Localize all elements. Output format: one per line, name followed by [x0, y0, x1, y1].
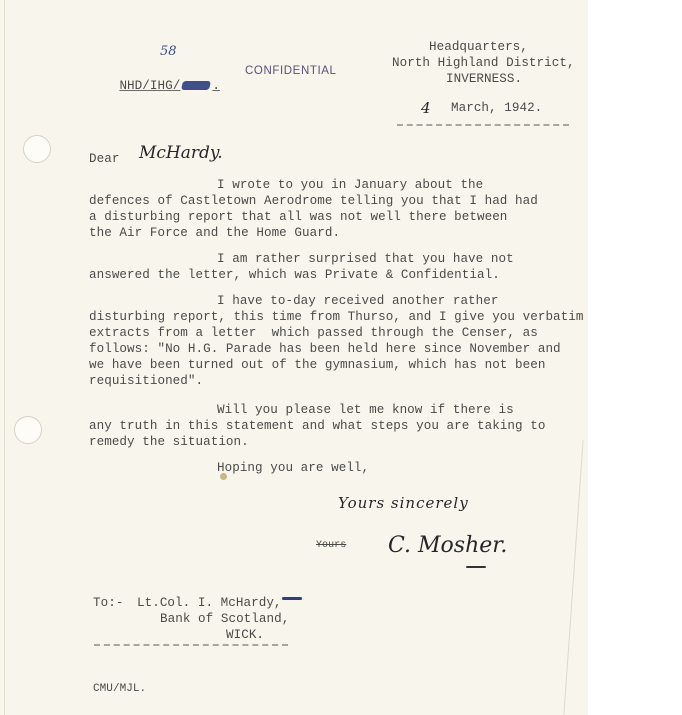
typist-reference: CMU/MJL.	[93, 681, 146, 697]
body-line: I am rather surprised that you have not	[217, 251, 514, 267]
file-reference: NHD/IHG/.	[89, 62, 220, 111]
body-line: the Air Force and the Home Guard.	[89, 225, 340, 241]
recipient-line-2: Bank of Scotland,	[160, 611, 289, 627]
recipient-rule	[94, 644, 288, 646]
handwritten-closing: Yours sincerely	[338, 494, 469, 512]
recipient-line-3: WICK.	[226, 627, 264, 643]
handwritten-recipient-name: McHardy.	[139, 143, 223, 163]
body-line: follows: "No H.G. Parade has been held h…	[89, 341, 561, 357]
reference-prefix: NHD/IHG/	[119, 79, 180, 93]
confidential-stamp: CONFIDENTIAL	[245, 65, 337, 77]
address-line-3: INVERNESS.	[446, 71, 522, 87]
date-typed: March, 1942.	[451, 100, 542, 116]
body-line: we have been turned out of the gymnasium…	[89, 357, 545, 373]
handwritten-reference-number: 58	[160, 44, 177, 59]
closing-wish: Hoping you are well,	[217, 460, 369, 476]
body-line: remedy the situation.	[89, 434, 249, 450]
address-line-2: North Highland District,	[392, 55, 575, 71]
body-line: requisitioned".	[89, 373, 203, 389]
ink-smudge	[220, 473, 227, 480]
letter-page: NHD/IHG/. 58 CONFIDENTIAL Headquarters, …	[0, 0, 589, 715]
salutation: Dear	[89, 151, 119, 167]
body-line: a disturbing report that all was not wel…	[89, 209, 507, 225]
page-edge-line	[4, 0, 5, 715]
signature: C. Mosher.	[388, 533, 507, 558]
date-rule	[397, 124, 569, 126]
handwritten-day: 4	[421, 99, 431, 117]
recipient-label: To:-	[93, 595, 123, 611]
typed-closing-struck: Yours	[316, 538, 346, 554]
body-line: I wrote to you in January about the	[217, 177, 483, 193]
body-line: any truth in this statement and what ste…	[89, 418, 545, 434]
body-line: Will you please let me know if there is	[217, 402, 514, 418]
paper-crease	[563, 440, 583, 714]
recipient-line-1: Lt.Col. I. McHardy,	[137, 595, 282, 611]
struck-out-reference	[181, 81, 211, 90]
scan-background	[588, 0, 682, 715]
punch-hole-top	[23, 135, 51, 163]
signature-underline	[466, 566, 486, 568]
body-line: answered the letter, which was Private &…	[89, 267, 500, 283]
address-line-1: Headquarters,	[429, 39, 528, 55]
blue-pen-mark	[282, 597, 302, 600]
reference-suffix: .	[212, 79, 220, 93]
body-line: extracts from a letter which passed thro…	[89, 325, 538, 341]
body-line: defences of Castletown Aerodrome telling…	[89, 193, 538, 209]
body-line: I have to-day received another rather	[217, 293, 498, 309]
punch-hole-bottom	[14, 416, 42, 444]
body-line: disturbing report, this time from Thurso…	[89, 309, 584, 325]
